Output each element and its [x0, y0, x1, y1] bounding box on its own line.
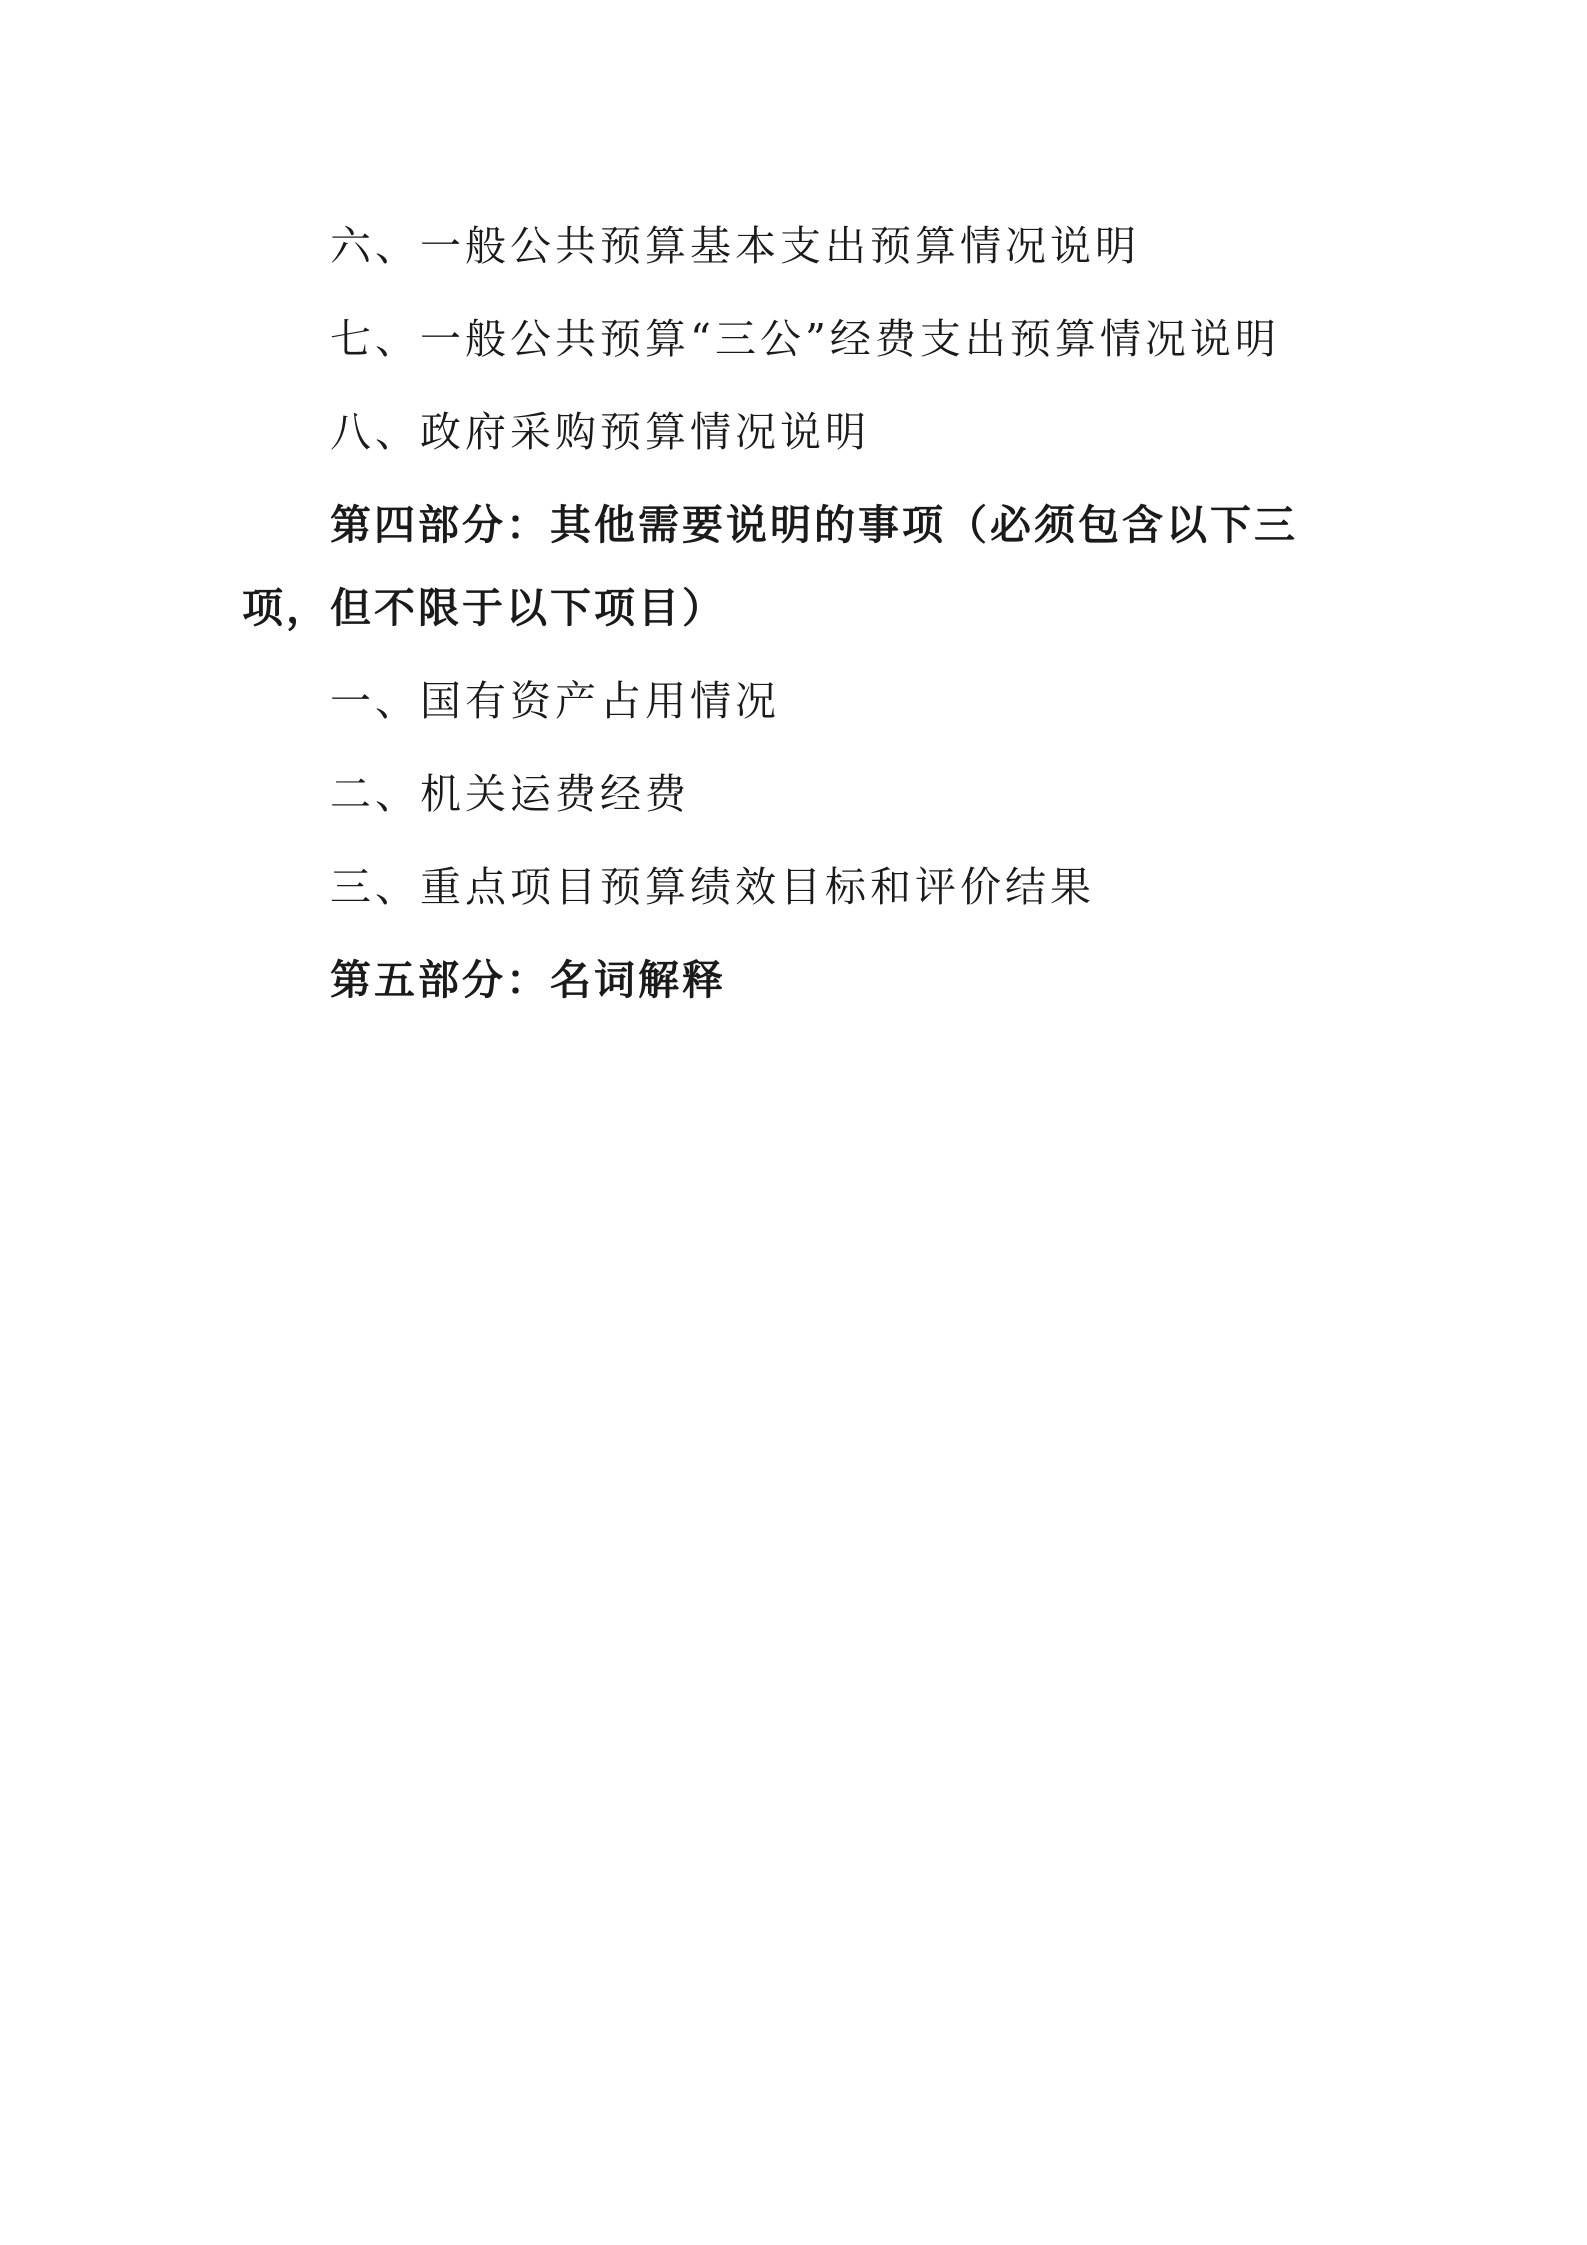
section-heading-part-four: 第四部分：其他需要说明的事项（必须包含以下三项，但不限于以下项目） — [242, 484, 1352, 650]
list-item-key-project-performance: 三、重点项目预算绩效目标和评价结果 — [242, 841, 1352, 934]
document-body: 六、一般公共预算基本支出预算情况说明 七、一般公共预算“三公”经费支出预算情况说… — [242, 200, 1352, 1027]
section-heading-part-five: 第五部分：名词解释 — [242, 934, 1352, 1027]
list-item-state-assets: 一、国有资产占用情况 — [242, 655, 1352, 748]
document-page: 六、一般公共预算基本支出预算情况说明 七、一般公共预算“三公”经费支出预算情况说… — [0, 0, 1587, 2245]
list-item-general-budget-basic-expenditure: 六、一般公共预算基本支出预算情况说明 — [242, 200, 1352, 293]
list-item-three-public-expenses: 七、一般公共预算“三公”经费支出预算情况说明 — [242, 293, 1352, 386]
list-item-government-procurement: 八、政府采购预算情况说明 — [242, 386, 1352, 479]
list-item-agency-operating-funds: 二、机关运费经费 — [242, 748, 1352, 841]
